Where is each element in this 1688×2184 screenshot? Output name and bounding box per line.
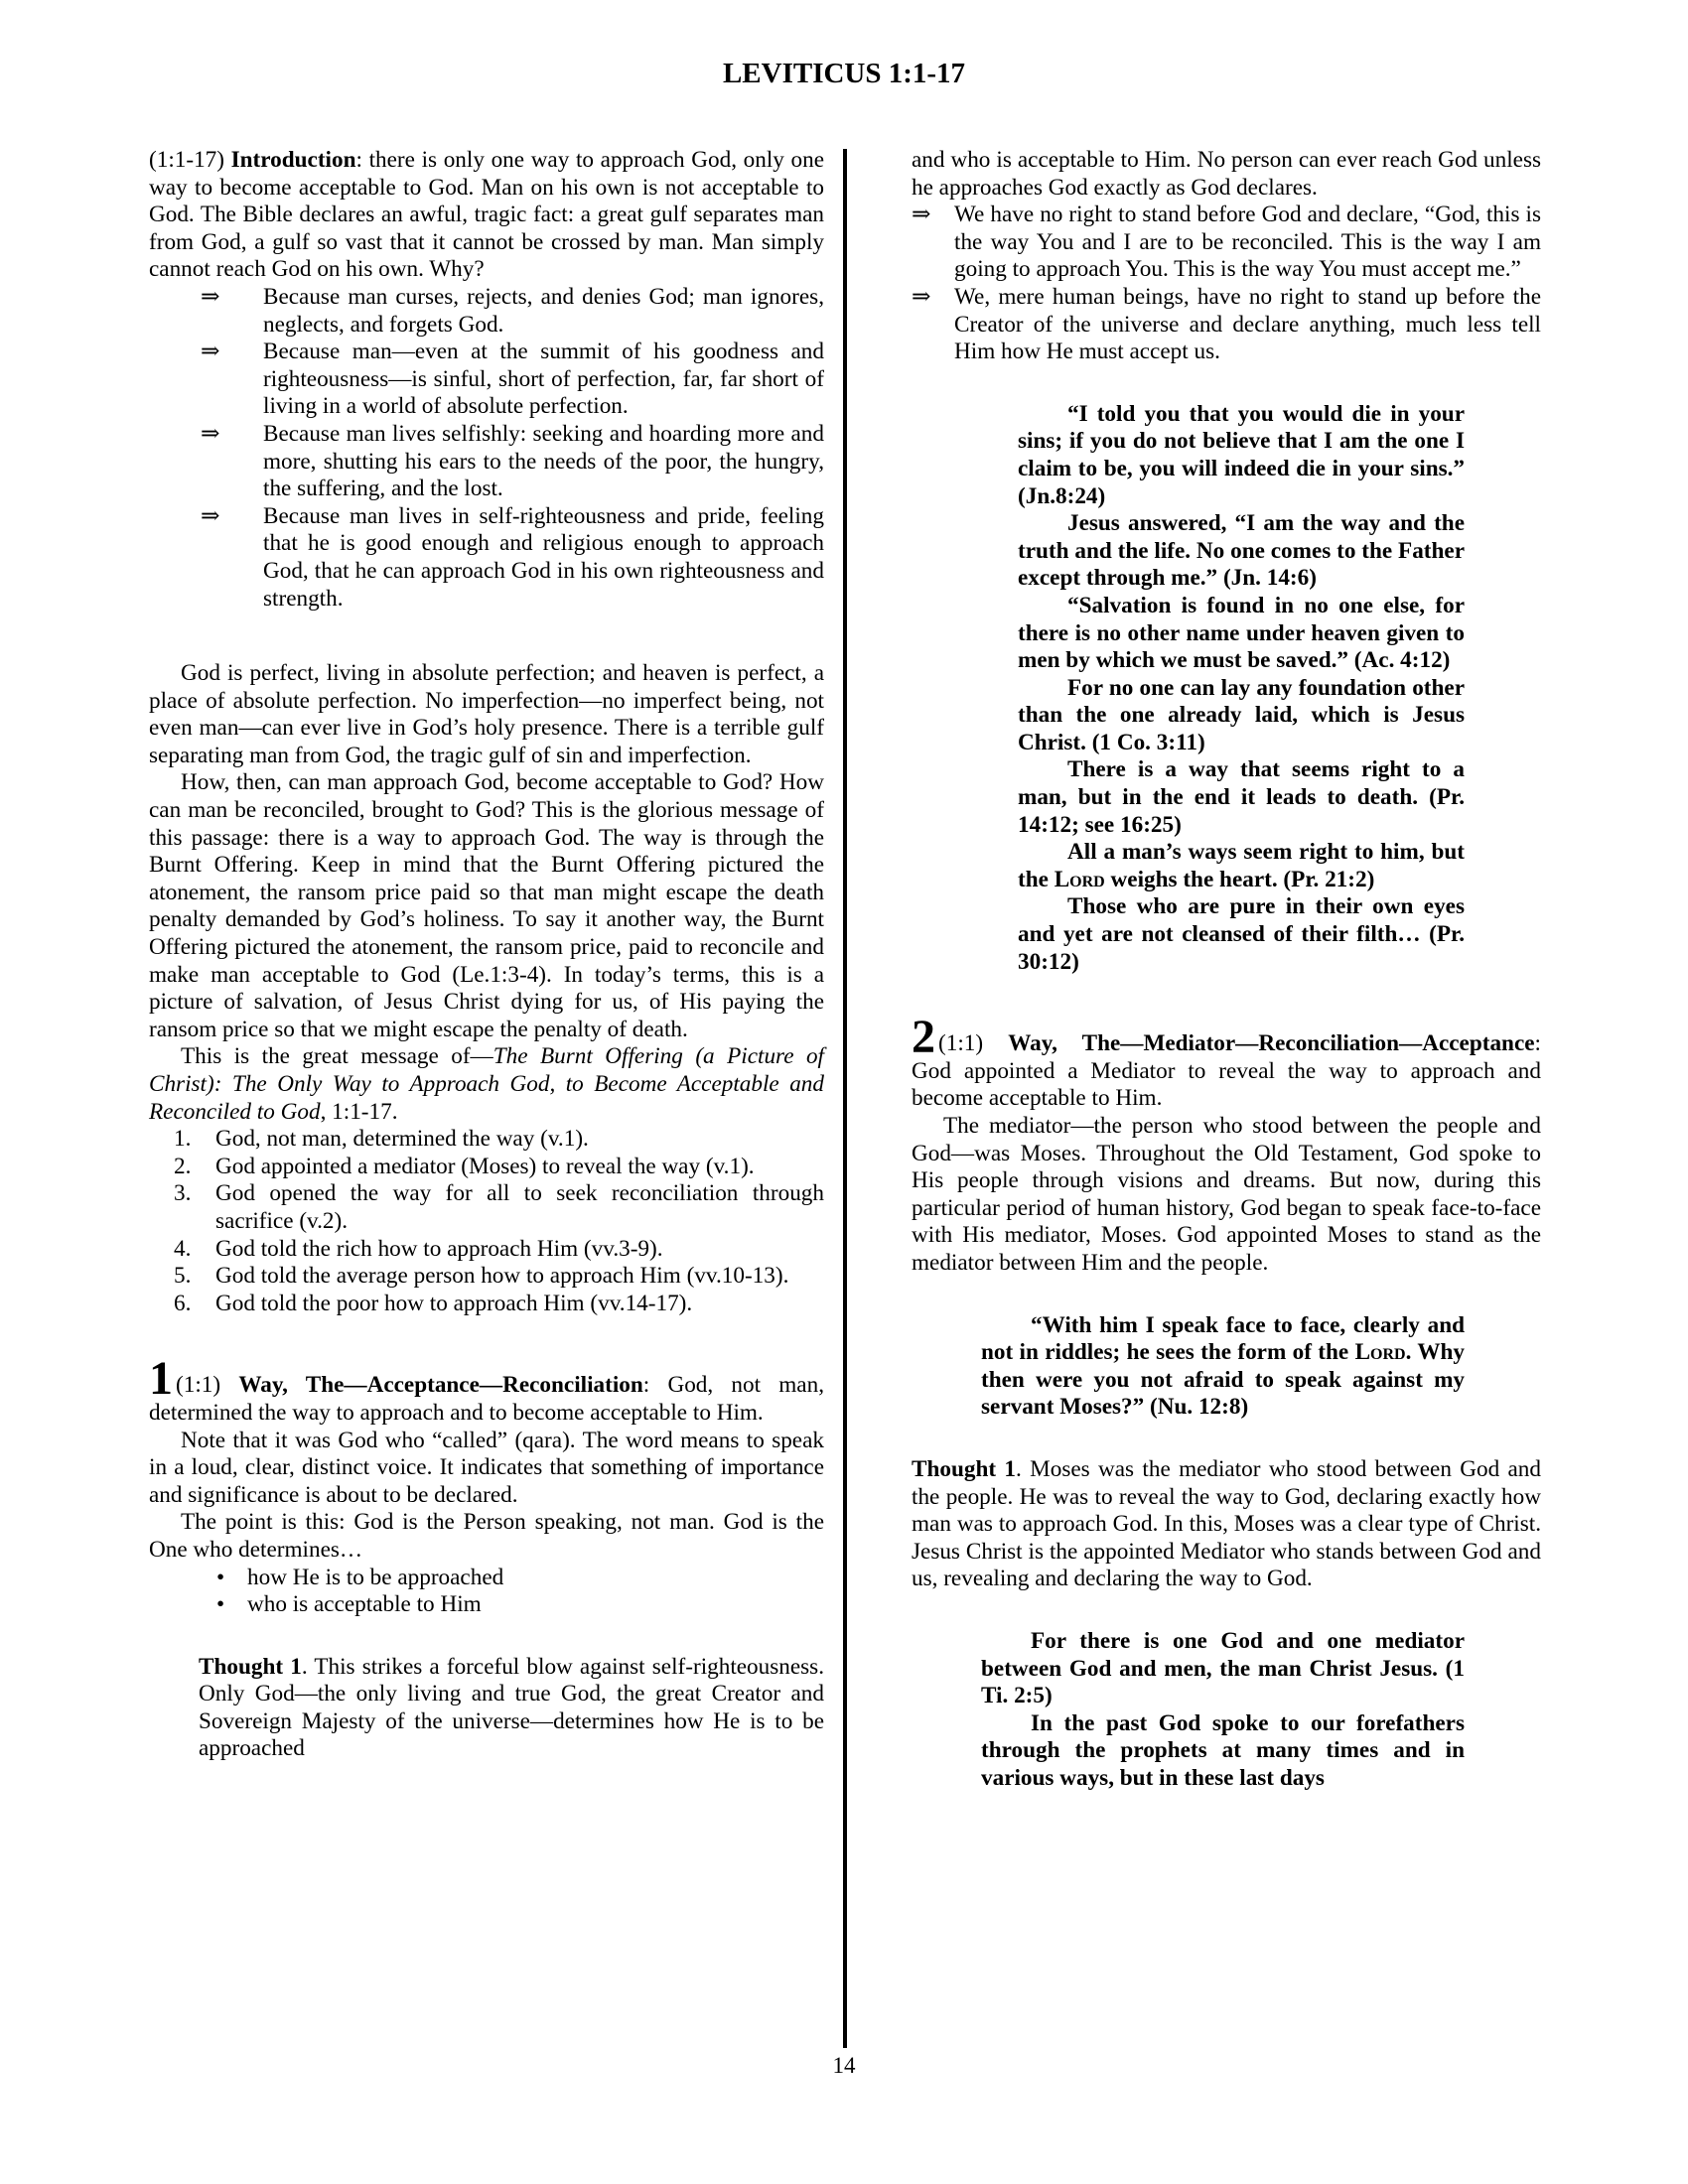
intro-ref: (1:1-17) (149, 147, 224, 173)
left-column: (1:1-17) Introduction: there is only one… (149, 147, 824, 1763)
right-column: and who is acceptable to Him. No person … (912, 147, 1541, 1792)
bullet-item: •who is acceptable to Him (149, 1591, 824, 1619)
scripture-verse: Jesus answered, “I am the way and the tr… (1018, 510, 1465, 593)
outline-item: 4.God told the rich how to approach Him … (149, 1236, 824, 1264)
scripture-verse: “Salvation is found in no one else, for … (1018, 593, 1465, 675)
point-label: Way, The—Mediator—Reconciliation—Accepta… (1008, 1030, 1534, 1056)
double-arrow-icon: ⇒ (201, 339, 219, 366)
scripture-verse: For there is one God and one mediator be… (981, 1628, 1465, 1710)
scripture-verse: “I told you that you would die in your s… (1018, 401, 1465, 510)
thought-1-moses: Thought 1. Moses was the mediator who st… (912, 1456, 1541, 1593)
no-right-list: ⇒We have no right to stand before God an… (912, 202, 1541, 366)
outline-item: 2.God appointed a mediator (Moses) to re… (149, 1154, 824, 1181)
bullet-icon: • (216, 1565, 224, 1592)
note-paragraph: Note that it was God who “called” (qara)… (149, 1428, 824, 1510)
why-list: ⇒Because man curses, rejects, and denies… (149, 284, 824, 613)
thought-label: Thought 1 (912, 1456, 1016, 1482)
scripture-verse: Those who are pure in their own eyes and… (1018, 893, 1465, 976)
intro-label: Introduction (231, 147, 356, 173)
why-item: ⇒Because man curses, rejects, and denies… (149, 284, 824, 339)
scripture-verse: All a man’s ways seem right to him, but … (1018, 839, 1465, 893)
scripture-verse: For no one can lay any foundation other … (1018, 675, 1465, 757)
why-item: ⇒Because man lives in self-righteousness… (149, 503, 824, 613)
bullet-item: •how He is to be approached (149, 1565, 824, 1592)
how-paragraph: How, then, can man approach God, become … (149, 769, 824, 1043)
scripture-verse: “With him I speak face to face, clearly … (981, 1312, 1465, 1422)
point-paragraph: The point is this: God is the Person spe… (149, 1509, 824, 1564)
thought-1: Thought 1. This strikes a forceful blow … (199, 1654, 824, 1763)
thought-label: Thought 1 (199, 1654, 302, 1680)
double-arrow-icon: ⇒ (201, 421, 219, 449)
point-number: 1 (149, 1352, 173, 1405)
bullet-icon: • (216, 1591, 224, 1619)
page-header: LEVITICUS 1:1-17 (0, 58, 1688, 90)
double-arrow-icon: ⇒ (912, 202, 930, 229)
double-arrow-icon: ⇒ (912, 284, 930, 312)
outline-item: 1.God, not man, determined the way (v.1)… (149, 1126, 824, 1154)
determines-list: •how He is to be approached •who is acce… (149, 1565, 824, 1619)
scripture-block-1: “I told you that you would die in your s… (1018, 401, 1465, 976)
point-number: 2 (912, 1011, 935, 1063)
arrow-item: ⇒We, mere human beings, have no right to… (912, 284, 1541, 366)
outline-item: 3.God opened the way for all to seek rec… (149, 1180, 824, 1235)
message-paragraph: This is the great message of—The Burnt O… (149, 1043, 824, 1126)
arrow-item: ⇒We have no right to stand before God an… (912, 202, 1541, 284)
point-label: Way, The—Acceptance—Reconciliation (238, 1372, 642, 1398)
double-arrow-icon: ⇒ (201, 503, 219, 531)
outline-item: 6.God told the poor how to approach Him … (149, 1291, 824, 1318)
perfect-paragraph: God is perfect, living in absolute perfe… (149, 660, 824, 769)
double-arrow-icon: ⇒ (201, 284, 219, 312)
column-divider (843, 149, 847, 2048)
scripture-verse: There is a way that seems right to a man… (1018, 756, 1465, 839)
outline-list: 1.God, not man, determined the way (v.1)… (149, 1126, 824, 1317)
mediator-paragraph: The mediator—the person who stood betwee… (912, 1113, 1541, 1278)
outline-item: 5.God told the average person how to app… (149, 1263, 824, 1291)
why-item: ⇒Because man lives selfishly: seeking an… (149, 421, 824, 503)
scripture-verse: In the past God spoke to our forefathers… (981, 1710, 1465, 1793)
page-number: 14 (0, 2053, 1688, 2079)
scripture-block-2: “With him I speak face to face, clearly … (981, 1312, 1465, 1422)
why-item: ⇒Because man—even at the summit of his g… (149, 339, 824, 421)
scripture-block-3: For there is one God and one mediator be… (981, 1628, 1465, 1793)
thought-1-continued: and who is acceptable to Him. No person … (912, 147, 1541, 202)
intro-paragraph: (1:1-17) Introduction: there is only one… (149, 147, 824, 284)
point-1-heading: 1(1:1) Way, The—Acceptance—Reconciliatio… (149, 1365, 824, 1427)
point-2-heading: 2(1:1) Way, The—Mediator—Reconciliation—… (912, 1024, 1541, 1113)
